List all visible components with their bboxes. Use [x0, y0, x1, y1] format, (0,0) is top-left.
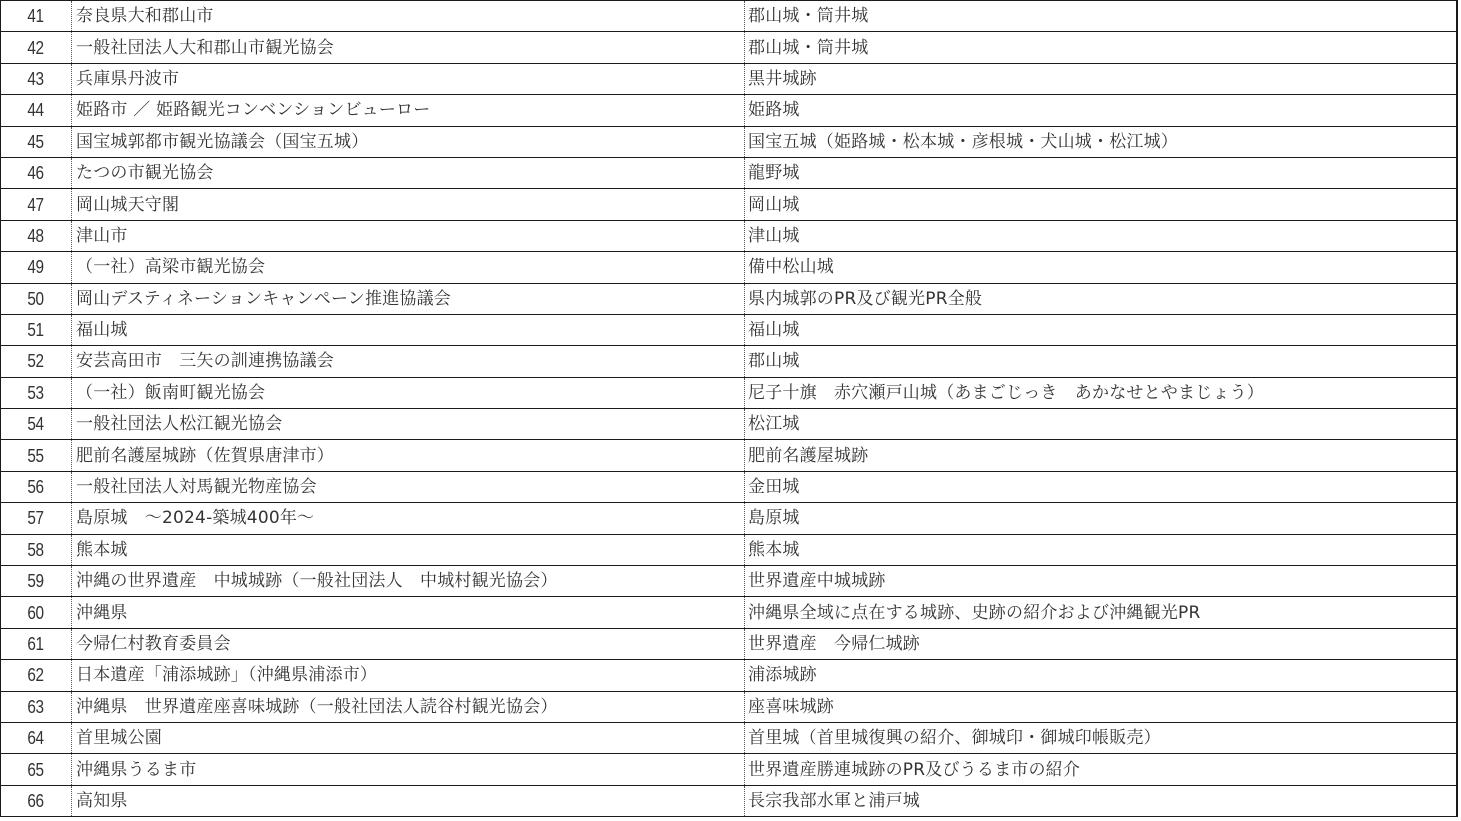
table-row: 43兵庫県丹波市黒井城跡 [1, 63, 1458, 94]
table-row: 49（一社）高梁市観光協会備中松山城 [1, 252, 1458, 283]
organization-cell[interactable]: 兵庫県丹波市 [72, 63, 745, 94]
table-row: 45国宝城郭都市観光協議会（国宝五城）国宝五城（姫路城・松本城・彦根城・犬山城・… [1, 126, 1458, 157]
row-number-cell[interactable]: 66 [1, 785, 72, 816]
organization-cell[interactable]: 福山城 [72, 314, 745, 345]
table-row: 44姫路市 ／ 姫路観光コンベンションビューロー姫路城 [1, 95, 1458, 126]
castle-target-cell[interactable]: 長宗我部水軍と浦戸城 [745, 785, 1458, 816]
table-row: 54一般社団法人松江観光協会松江城 [1, 409, 1458, 440]
castle-target-cell[interactable]: 座喜味城跡 [745, 691, 1458, 722]
row-number-cell[interactable]: 58 [1, 534, 72, 565]
table-row: 42一般社団法人大和郡山市観光協会郡山城・筒井城 [1, 32, 1458, 63]
castle-target-cell[interactable]: 郡山城・筒井城 [745, 1, 1458, 32]
organization-cell[interactable]: 沖縄県 世界遺産座喜味城跡（一般社団法人読谷村観光協会） [72, 691, 745, 722]
castle-target-cell[interactable]: 福山城 [745, 314, 1458, 345]
castle-target-cell[interactable]: 首里城（首里城復興の紹介、御城印・御城印帳販売） [745, 722, 1458, 753]
organization-cell[interactable]: 高知県 [72, 785, 745, 816]
organization-cell[interactable]: 沖縄県うるま市 [72, 754, 745, 785]
table-row: 51福山城福山城 [1, 314, 1458, 345]
organization-cell[interactable]: 国宝城郭都市観光協議会（国宝五城） [72, 126, 745, 157]
row-number-cell[interactable]: 52 [1, 346, 72, 377]
castle-target-cell[interactable]: 浦添城跡 [745, 660, 1458, 691]
castle-target-cell[interactable]: 尼子十旗 赤穴瀬戸山城（あまごじっき あかなせとやまじょう） [745, 377, 1458, 408]
organization-cell[interactable]: 一般社団法人松江観光協会 [72, 409, 745, 440]
castle-target-cell[interactable]: 姫路城 [745, 95, 1458, 126]
organization-cell[interactable]: 一般社団法人対馬観光物産協会 [72, 471, 745, 502]
organization-cell[interactable]: 一般社団法人大和郡山市観光協会 [72, 32, 745, 63]
castle-target-cell[interactable]: 島原城 [745, 503, 1458, 534]
organization-cell[interactable]: 今帰仁村教育委員会 [72, 628, 745, 659]
table-row: 61今帰仁村教育委員会世界遺産 今帰仁城跡 [1, 628, 1458, 659]
table-row: 63沖縄県 世界遺産座喜味城跡（一般社団法人読谷村観光協会）座喜味城跡 [1, 691, 1458, 722]
table-row: 50岡山デスティネーションキャンペーン推進協議会県内城郭のPR及び観光PR全般 [1, 283, 1458, 314]
row-number-cell[interactable]: 57 [1, 503, 72, 534]
castle-target-cell[interactable]: 世界遺産勝連城跡のPR及びうるま市の紹介 [745, 754, 1458, 785]
castle-target-cell[interactable]: 郡山城・筒井城 [745, 32, 1458, 63]
castle-target-cell[interactable]: 龍野城 [745, 157, 1458, 188]
row-number-cell[interactable]: 41 [1, 1, 72, 32]
organization-cell[interactable]: 岡山デスティネーションキャンペーン推進協議会 [72, 283, 745, 314]
organization-cell[interactable]: 奈良県大和郡山市 [72, 1, 745, 32]
row-number-cell[interactable]: 55 [1, 440, 72, 471]
row-number-cell[interactable]: 45 [1, 126, 72, 157]
castle-target-cell[interactable]: 黒井城跡 [745, 63, 1458, 94]
table-row: 48津山市津山城 [1, 220, 1458, 251]
table-row: 64首里城公園首里城（首里城復興の紹介、御城印・御城印帳販売） [1, 722, 1458, 753]
organization-cell[interactable]: 姫路市 ／ 姫路観光コンベンションビューロー [72, 95, 745, 126]
organization-cell[interactable]: 肥前名護屋城跡（佐賀県唐津市） [72, 440, 745, 471]
organization-cell[interactable]: 島原城 ～2024-築城400年～ [72, 503, 745, 534]
row-number-cell[interactable]: 43 [1, 63, 72, 94]
table-row: 47岡山城天守閣岡山城 [1, 189, 1458, 220]
row-number-cell[interactable]: 63 [1, 691, 72, 722]
organization-cell[interactable]: 沖縄県 [72, 597, 745, 628]
row-number-cell[interactable]: 53 [1, 377, 72, 408]
organization-cell[interactable]: たつの市観光協会 [72, 157, 745, 188]
row-number-cell[interactable]: 56 [1, 471, 72, 502]
castle-target-cell[interactable]: 国宝五城（姫路城・松本城・彦根城・犬山城・松江城） [745, 126, 1458, 157]
organization-cell[interactable]: 首里城公園 [72, 722, 745, 753]
table-row: 60沖縄県沖縄県全域に点在する城跡、史跡の紹介および沖縄観光PR [1, 597, 1458, 628]
castle-target-cell[interactable]: 世界遺産 今帰仁城跡 [745, 628, 1458, 659]
table-row: 62日本遺産「浦添城跡」（沖縄県浦添市）浦添城跡 [1, 660, 1458, 691]
exhibitor-table: 41奈良県大和郡山市郡山城・筒井城 42一般社団法人大和郡山市観光協会郡山城・筒… [0, 0, 1458, 817]
table-row: 65沖縄県うるま市世界遺産勝連城跡のPR及びうるま市の紹介 [1, 754, 1458, 785]
castle-target-cell[interactable]: 県内城郭のPR及び観光PR全般 [745, 283, 1458, 314]
castle-target-cell[interactable]: 津山城 [745, 220, 1458, 251]
castle-target-cell[interactable]: 世界遺産中城城跡 [745, 566, 1458, 597]
row-number-cell[interactable]: 60 [1, 597, 72, 628]
row-number-cell[interactable]: 54 [1, 409, 72, 440]
organization-cell[interactable]: 津山市 [72, 220, 745, 251]
row-number-cell[interactable]: 50 [1, 283, 72, 314]
castle-target-cell[interactable]: 備中松山城 [745, 252, 1458, 283]
organization-cell[interactable]: （一社）飯南町観光協会 [72, 377, 745, 408]
table-row: 46たつの市観光協会龍野城 [1, 157, 1458, 188]
table-row: 55肥前名護屋城跡（佐賀県唐津市）肥前名護屋城跡 [1, 440, 1458, 471]
castle-target-cell[interactable]: 熊本城 [745, 534, 1458, 565]
table-row: 58熊本城熊本城 [1, 534, 1458, 565]
table-row: 56一般社団法人対馬観光物産協会金田城 [1, 471, 1458, 502]
row-number-cell[interactable]: 49 [1, 252, 72, 283]
organization-cell[interactable]: 日本遺産「浦添城跡」（沖縄県浦添市） [72, 660, 745, 691]
castle-target-cell[interactable]: 松江城 [745, 409, 1458, 440]
castle-target-cell[interactable]: 沖縄県全域に点在する城跡、史跡の紹介および沖縄観光PR [745, 597, 1458, 628]
row-number-cell[interactable]: 61 [1, 628, 72, 659]
row-number-cell[interactable]: 51 [1, 314, 72, 345]
table-row: 57島原城 ～2024-築城400年～島原城 [1, 503, 1458, 534]
organization-cell[interactable]: （一社）高梁市観光協会 [72, 252, 745, 283]
table-body: 41奈良県大和郡山市郡山城・筒井城 42一般社団法人大和郡山市観光協会郡山城・筒… [1, 1, 1458, 817]
row-number-cell[interactable]: 48 [1, 220, 72, 251]
castle-target-cell[interactable]: 肥前名護屋城跡 [745, 440, 1458, 471]
castle-target-cell[interactable]: 郡山城 [745, 346, 1458, 377]
row-number-cell[interactable]: 59 [1, 566, 72, 597]
organization-cell[interactable]: 熊本城 [72, 534, 745, 565]
row-number-cell[interactable]: 47 [1, 189, 72, 220]
row-number-cell[interactable]: 65 [1, 754, 72, 785]
table-row: 59沖縄の世界遺産 中城城跡（一般社団法人 中城村観光協会）世界遺産中城城跡 [1, 566, 1458, 597]
castle-target-cell[interactable]: 岡山城 [745, 189, 1458, 220]
table-row: 53（一社）飯南町観光協会尼子十旗 赤穴瀬戸山城（あまごじっき あかなせとやまじ… [1, 377, 1458, 408]
row-number-cell[interactable]: 64 [1, 722, 72, 753]
row-number-cell[interactable]: 62 [1, 660, 72, 691]
row-number-cell[interactable]: 46 [1, 157, 72, 188]
table-row: 52安芸高田市 三矢の訓連携協議会郡山城 [1, 346, 1458, 377]
row-number-cell[interactable]: 44 [1, 95, 72, 126]
table-row: 66高知県長宗我部水軍と浦戸城 [1, 785, 1458, 816]
table-row: 41奈良県大和郡山市郡山城・筒井城 [1, 1, 1458, 32]
castle-target-cell[interactable]: 金田城 [745, 471, 1458, 502]
organization-cell[interactable]: 岡山城天守閣 [72, 189, 745, 220]
organization-cell[interactable]: 安芸高田市 三矢の訓連携協議会 [72, 346, 745, 377]
organization-cell[interactable]: 沖縄の世界遺産 中城城跡（一般社団法人 中城村観光協会） [72, 566, 745, 597]
row-number-cell[interactable]: 42 [1, 32, 72, 63]
